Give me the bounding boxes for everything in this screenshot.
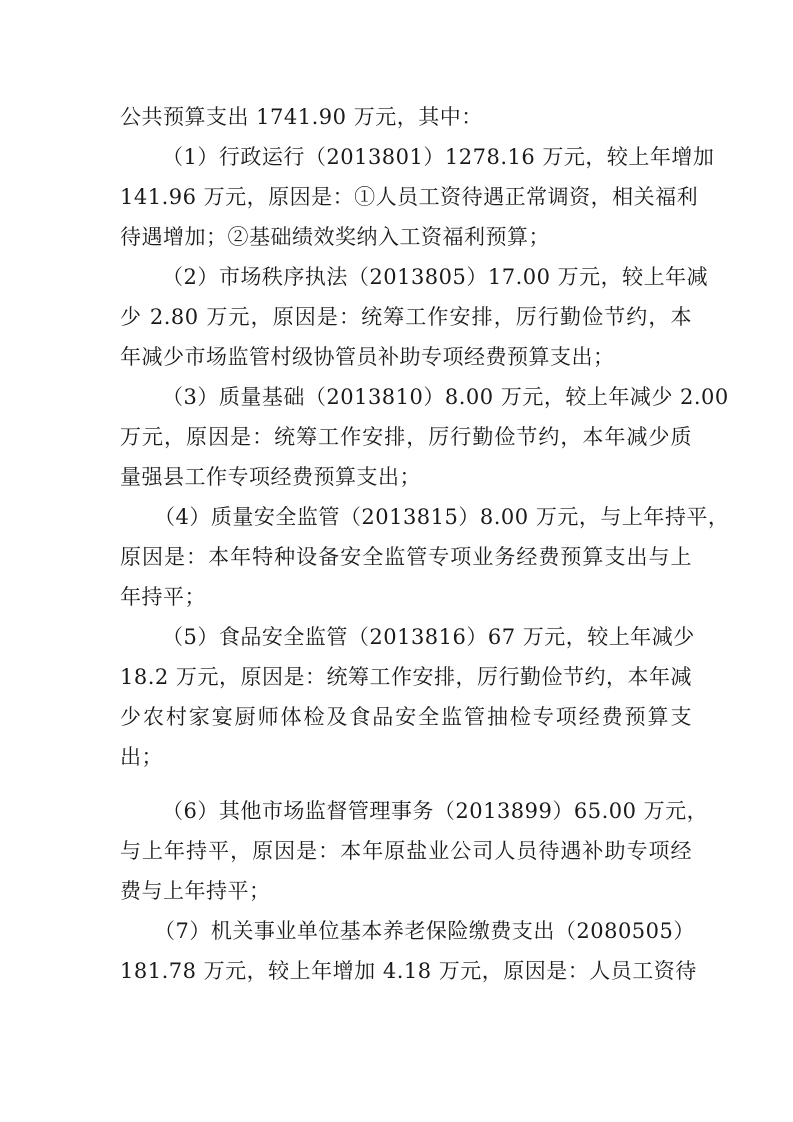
budget-item-4: （4）质量安全监管（2013815）8.00 万元，与上年持平， 原因是：本年特…: [120, 500, 692, 620]
item-line: 费与上年持平；: [120, 874, 692, 914]
budget-item-2: （2）市场秩序执法（2013805）17.00 万元，较上年减 少 2.80 万…: [120, 260, 692, 380]
item-line: 万元，原因是：统筹工作安排，厉行勤俭节约，本年减少质: [120, 420, 692, 460]
item-line: 待遇增加；②基础绩效奖纳入工资福利预算；: [120, 220, 692, 260]
item-line: 少农村家宴厨师体检及食品安全监管抽检专项经费预算支: [120, 700, 692, 740]
item-line: （6）其他市场监督管理事务（2013899）65.00 万元，: [120, 794, 692, 834]
item-line: 原因是：本年特种设备安全监管专项业务经费预算支出与上: [120, 540, 692, 580]
item-line: （2）市场秩序执法（2013805）17.00 万元，较上年减: [120, 260, 692, 300]
item-line: 年减少市场监管村级协管员补助专项经费预算支出；: [120, 340, 692, 380]
item-line: 141.96 万元，原因是：①人员工资待遇正常调资，相关福利: [120, 180, 692, 220]
intro-line: 公共预算支出 1741.90 万元，其中：: [120, 100, 692, 140]
item-line: （5）食品安全监管（2013816）67 万元，较上年减少: [120, 620, 692, 660]
item-line: 出；: [120, 740, 692, 780]
budget-item-3: （3）质量基础（2013810）8.00 万元，较上年减少 2.00 万元，原因…: [120, 380, 692, 500]
item-line: 181.78 万元，较上年增加 4.18 万元，原因是：人员工资待: [120, 954, 692, 994]
item-line: （1）行政运行（2013801）1278.16 万元，较上年增加: [120, 140, 692, 180]
budget-item-7: （7）机关事业单位基本养老保险缴费支出（2080505） 181.78 万元，较…: [120, 914, 692, 994]
item-line: 与上年持平，原因是：本年原盐业公司人员待遇补助专项经: [120, 834, 692, 874]
item-line: 年持平；: [120, 580, 692, 620]
budget-item-1: （1）行政运行（2013801）1278.16 万元，较上年增加 141.96 …: [120, 140, 692, 260]
item-line: （4）质量安全监管（2013815）8.00 万元，与上年持平，: [120, 500, 692, 540]
item-line: （7）机关事业单位基本养老保险缴费支出（2080505）: [120, 914, 692, 954]
item-line: 量强县工作专项经费预算支出；: [120, 460, 692, 500]
item-line: 少 2.80 万元，原因是：统筹工作安排，厉行勤俭节约，本: [120, 300, 692, 340]
document-page: 公共预算支出 1741.90 万元，其中： （1）行政运行（2013801）12…: [120, 100, 692, 994]
budget-item-5: （5）食品安全监管（2013816）67 万元，较上年减少 18.2 万元，原因…: [120, 620, 692, 780]
budget-item-6: （6）其他市场监督管理事务（2013899）65.00 万元， 与上年持平，原因…: [120, 794, 692, 914]
item-line: （3）质量基础（2013810）8.00 万元，较上年减少 2.00: [120, 380, 692, 420]
item-line: 18.2 万元，原因是：统筹工作安排，厉行勤俭节约，本年减: [120, 660, 692, 700]
paragraph-gap: [120, 780, 692, 794]
